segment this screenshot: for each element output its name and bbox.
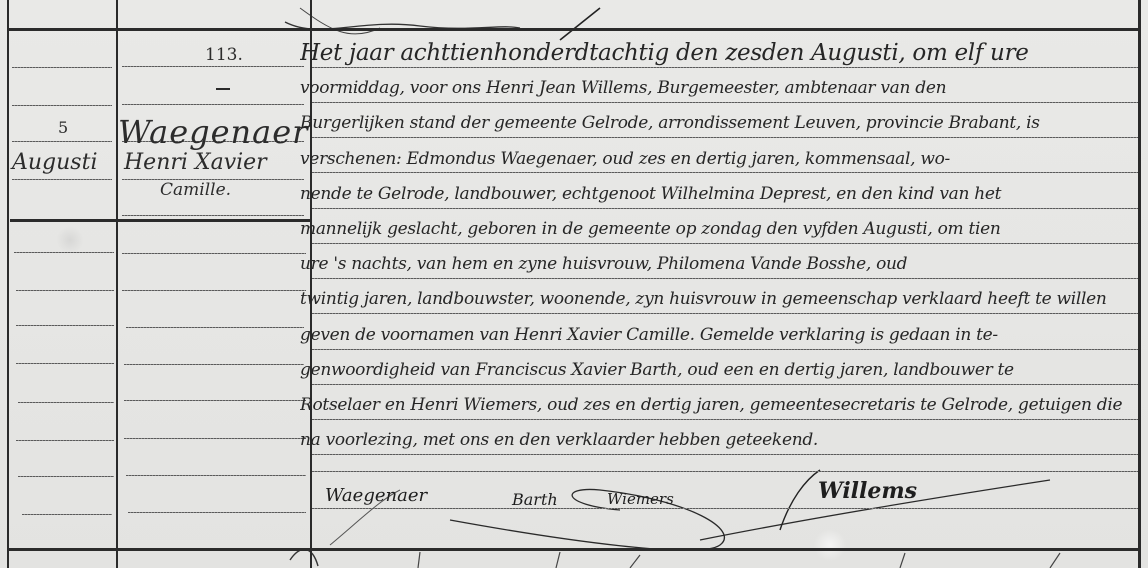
body-line (312, 508, 1138, 509)
margin-line (12, 105, 112, 106)
record-line: twintig jaren, landbouwster, woonende, z… (300, 282, 1138, 317)
margin-line (124, 400, 306, 401)
signature-declarant: Waegenaer (325, 485, 427, 506)
entry-dash (216, 88, 230, 90)
record-line: verschenen: Edmondus Waegenaer, oud zes … (300, 142, 1138, 177)
record-line: Het jaar achttienhonderdtachtig den zesd… (300, 36, 1138, 71)
signature-officer: Willems (818, 478, 917, 504)
birth-day: 5 (58, 118, 68, 137)
record-text: Het jaar achttienhonderdtachtig den zesd… (300, 36, 1138, 458)
margin-line (16, 325, 114, 326)
record-line: mannelijk geslacht, geboren in de gemeen… (300, 212, 1138, 247)
entry-bottom-rule (8, 548, 1140, 551)
margin-line (126, 327, 304, 328)
margin-line (22, 514, 112, 515)
margin-line (128, 512, 306, 513)
margin-line (16, 363, 114, 364)
child-given-names: Henri Xavier (124, 150, 267, 175)
entry-top-rule (8, 28, 1140, 31)
child-surname: Waegenaer (118, 113, 308, 151)
signature-witness-1: Barth (512, 490, 558, 509)
margin-line (122, 290, 306, 291)
birth-month: Augusti (12, 150, 97, 175)
margin-line (16, 290, 114, 291)
record-line: ure 's nachts, van hem en zyne huisvrouw… (300, 247, 1138, 282)
column-rule-right (1138, 0, 1141, 568)
margin-line (12, 179, 112, 180)
record-line: Burgerlijken stand der gemeente Gelrode,… (300, 106, 1138, 141)
column-rule-date (116, 0, 118, 568)
record-line: Rotselaer en Henri Wiemers, oud zes en d… (300, 388, 1138, 423)
record-line: na voorlezing, met ons en den verklaarde… (300, 423, 1138, 458)
margin-entry-rule (10, 219, 310, 222)
body-line (312, 471, 1138, 472)
margin-line (12, 141, 112, 142)
margin-line (14, 252, 114, 253)
child-given-names-cont: Camille. (160, 180, 231, 200)
margin-line (122, 215, 304, 216)
margin-line (12, 67, 112, 68)
margin-line (18, 402, 114, 403)
signature-witness-2: Wiemers (607, 490, 674, 508)
margin-line (122, 253, 306, 254)
column-rule-left (7, 0, 9, 568)
record-line: nende te Gelrode, landbouwer, echtgenoot… (300, 177, 1138, 212)
margin-line (122, 104, 304, 105)
register-page: 113. 5 Augusti Waegenaer Henri Xavier Ca… (0, 0, 1148, 568)
entry-number: 113. (205, 45, 243, 65)
margin-line (126, 475, 306, 476)
margin-line (16, 440, 114, 441)
record-line: genwoordigheid van Franciscus Xavier Bar… (300, 353, 1138, 388)
record-line: geven de voornamen van Henri Xavier Cami… (300, 318, 1138, 353)
margin-line (18, 476, 114, 477)
margin-line (124, 364, 304, 365)
record-line: voormiddag, voor ons Henri Jean Willems,… (300, 71, 1138, 106)
margin-line (122, 66, 304, 67)
margin-line (124, 438, 306, 439)
